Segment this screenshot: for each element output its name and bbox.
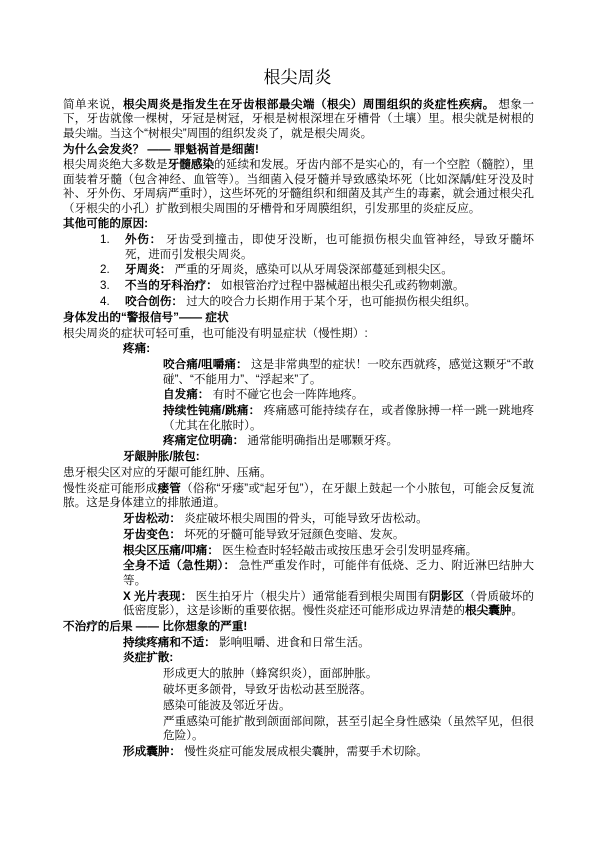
paragraph: 根尖周炎绝大多数是牙髓感染的延续和发展。牙齿内部不是实心的，有一个空腔（髓腔），…: [63, 158, 534, 216]
bold-text: 牙周炎：: [125, 263, 171, 276]
bullet-item-level-2: 疼痛定位明确： 通常能明确指出是哪颗牙疼。: [63, 434, 534, 448]
text: 慢性炎症可能发展成根尖囊肿，需要手术切除。: [181, 745, 428, 758]
bullet-item-level-2: 感染可能波及邻近牙齿。: [63, 699, 534, 713]
paragraph: 简单来说，根尖周炎是指发生在牙齿根部最尖端（根尖）周围组织的炎症性疾病。 想象一…: [63, 98, 534, 141]
bullet-item-level-1: X 光片表现： 医生拍牙片（根尖片）通常能看到根尖周围有阴影区（骨质破坏的低密度…: [63, 590, 534, 619]
bullet-item-level-1: 形成囊肿： 慢性炎症可能发展成根尖囊肿，需要手术切除。: [63, 745, 534, 759]
list-number: 4.: [100, 295, 110, 309]
bold-text: 疼痛定位明确：: [163, 434, 244, 447]
bullet-item-level-1: 牙龈肿胀/脓包:: [63, 450, 534, 464]
text: 形成更大的脓肿（蜂窝织炎），面部肿胀。: [163, 667, 377, 680]
paragraph: 慢性炎症可能形成瘘管（俗称“牙瘘”或“起牙包”），在牙龈上鼓起一个小脓包，可能会…: [63, 482, 534, 511]
bold-text: 疼痛:: [123, 342, 150, 355]
bullet-item-level-2: 严重感染可能扩散到颌面部间隙，甚至引起全身性感染（虽然罕见，但很危险）。: [63, 715, 534, 744]
section-heading: 其他可能的原因:: [63, 217, 534, 231]
bold-text: 外伤：: [125, 233, 162, 246]
text: 炎症破坏根尖周围的骨头，可能导致牙齿松动。: [181, 512, 428, 525]
bold-text: 阴影区: [429, 590, 464, 603]
text: 患牙根尖区对应的牙龈可能红肿、压痛。: [63, 466, 272, 479]
bullet-item-level-2: 咬合痛/咀嚼痛： 这是非常典型的症状！一咬东西就疼，感觉这颗牙“不敢碰”、“不能…: [63, 358, 534, 387]
bold-text: 自发痛：: [163, 388, 209, 401]
text: 严重的牙周炎，感染可以从牙周袋深部蔓延到根尖区。: [171, 263, 452, 276]
text: 严重感染可能扩散到颌面部间隙，甚至引起全身性感染（虽然罕见，但很危险）。: [163, 715, 534, 742]
bold-text: 牙髓感染: [168, 158, 215, 171]
text: 感染可能波及邻近牙齿。: [163, 699, 291, 712]
bullet-item-level-1: 疼痛:: [63, 342, 534, 356]
list-number: 2.: [100, 263, 110, 277]
bold-text: 其他可能的原因:: [63, 217, 148, 230]
bold-text: 全身不适（急性期）：: [123, 559, 235, 572]
text: 如根管治疗过程中器械超出根尖孔或药物刺激。: [218, 279, 465, 292]
document-page: 根尖周炎 简单来说，根尖周炎是指发生在牙齿根部最尖端（根尖）周围组织的炎症性疾病…: [0, 0, 595, 841]
bullet-item-level-1: 牙齿松动： 炎症破坏根尖周围的骨头，可能导致牙齿松动。: [63, 512, 534, 526]
bullet-item-level-1: 根尖区压痛/叩痛： 医生检查时轻轻敲击或按压患牙会引发明显疼痛。: [63, 544, 534, 558]
text: 破坏更多颌骨，导致牙齿松动甚至脱落。: [163, 683, 372, 696]
bold-text: 根尖区压痛/叩痛：: [123, 544, 219, 557]
bold-text: 牙齿松动：: [123, 512, 181, 525]
bold-text: 为什么会发炎？ —— 罪魁祸首是细菌!: [63, 143, 259, 156]
bullet-item-level-1: 持续疼痛和不适： 影响咀嚼、进食和日常生活。: [63, 636, 534, 650]
bold-text: X 光片表现：: [123, 590, 192, 603]
bold-text: 咬合痛/咀嚼痛：: [163, 358, 248, 371]
bold-text: 不当的牙科治疗：: [125, 279, 218, 292]
bold-text: 形成囊肿：: [123, 745, 181, 758]
document-body: 简单来说，根尖周炎是指发生在牙齿根部最尖端（根尖）周围组织的炎症性疾病。 想象一…: [63, 98, 534, 759]
text: 影响咀嚼、进食和日常生活。: [216, 636, 370, 649]
numbered-list-item: 4.咬合创伤： 过大的咬合力长期作用于某个牙，也可能损伤根尖组织。: [63, 295, 534, 309]
numbered-list-item: 3.不当的牙科治疗： 如根管治疗过程中器械超出根尖孔或药物刺激。: [63, 279, 534, 293]
bullet-item-level-1: 牙齿变色： 坏死的牙髓可能导致牙冠颜色变暗、发灰。: [63, 528, 534, 542]
bold-text: 不治疗的后果 —— 比你想象的严重!: [63, 620, 247, 633]
bold-text: 牙齿变色：: [123, 528, 181, 541]
bold-text: 根尖周炎是指发生在牙齿根部最尖端（根尖）周围组织的炎症性疾病。: [123, 98, 495, 111]
bullet-item-level-1: 全身不适（急性期）： 急性严重发作时，可能伴有低烧、乏力、附近淋巴结肿大等。: [63, 559, 534, 588]
bold-text: 牙龈肿胀/脓包:: [123, 450, 200, 463]
text: 医生检查时轻轻敲击或按压患牙会引发明显疼痛。: [219, 544, 477, 557]
numbered-list-item: 2.牙周炎： 严重的牙周炎，感染可以从牙周袋深部蔓延到根尖区。: [63, 263, 534, 277]
bullet-item-level-2: 形成更大的脓肿（蜂窝织炎），面部肿胀。: [63, 667, 534, 681]
text: 慢性炎症可能形成: [63, 482, 158, 495]
bullet-item-level-1: 炎症扩散:: [63, 651, 534, 665]
list-number: 1.: [100, 233, 110, 247]
text: 坏死的牙髓可能导致牙冠颜色变暗、发灰。: [181, 528, 405, 541]
bullet-item-level-2: 破坏更多颌骨，导致牙齿松动甚至脱落。: [63, 683, 534, 697]
bold-text: 持续疼痛和不适：: [123, 636, 216, 649]
list-number: 3.: [100, 279, 110, 293]
paragraph: 根尖周炎的症状可轻可重，也可能没有明显症状（慢性期）:: [63, 327, 534, 341]
text: 根尖周炎的症状可轻可重，也可能没有明显症状（慢性期）:: [63, 327, 368, 340]
text: 有时不碰它也会一阵阵地疼。: [209, 388, 363, 401]
text: 医生拍牙片（根尖片）通常能看到根尖周围有: [192, 590, 429, 603]
text: 根尖周炎绝大多数是: [63, 158, 168, 171]
text: 过大的咬合力长期作用于某个牙，也可能损伤根尖组织。: [183, 295, 476, 308]
bullet-item-level-2: 自发痛： 有时不碰它也会一阵阵地疼。: [63, 388, 534, 402]
section-heading: 身体发出的“警报信号”—— 症状: [63, 311, 534, 325]
bold-text: 身体发出的“警报信号”—— 症状: [63, 311, 229, 324]
bold-text: 根尖囊肿: [465, 604, 511, 617]
text: 。: [511, 604, 523, 617]
section-heading: 为什么会发炎？ —— 罪魁祸首是细菌!: [63, 143, 534, 157]
bullet-item-level-2: 持续性钝痛/跳痛： 疼痛感可能持续存在，或者像脉搏一样一跳一跳地疼（尤其在化脓时…: [63, 404, 534, 433]
paragraph: 患牙根尖区对应的牙龈可能红肿、压痛。: [63, 466, 534, 480]
bold-text: 持续性钝痛/跳痛：: [163, 404, 260, 417]
bold-text: 瘘管: [158, 482, 182, 495]
numbered-list-item: 1.外伤： 牙齿受到撞击，即使牙没断，也可能损伤根尖血管神经，导致牙髓坏死，进而…: [63, 233, 534, 262]
document-title: 根尖周炎: [0, 67, 595, 89]
bold-text: 咬合创伤：: [125, 295, 183, 308]
text: 简单来说，: [63, 98, 123, 111]
text: 通常能明确指出是哪颗牙疼。: [244, 434, 398, 447]
bold-text: 炎症扩散:: [123, 651, 173, 664]
text: 牙齿受到撞击，即使牙没断，也可能损伤根尖血管神经，导致牙髓坏死，进而引发根尖周炎…: [125, 233, 534, 260]
section-heading: 不治疗的后果 —— 比你想象的严重!: [63, 620, 534, 634]
